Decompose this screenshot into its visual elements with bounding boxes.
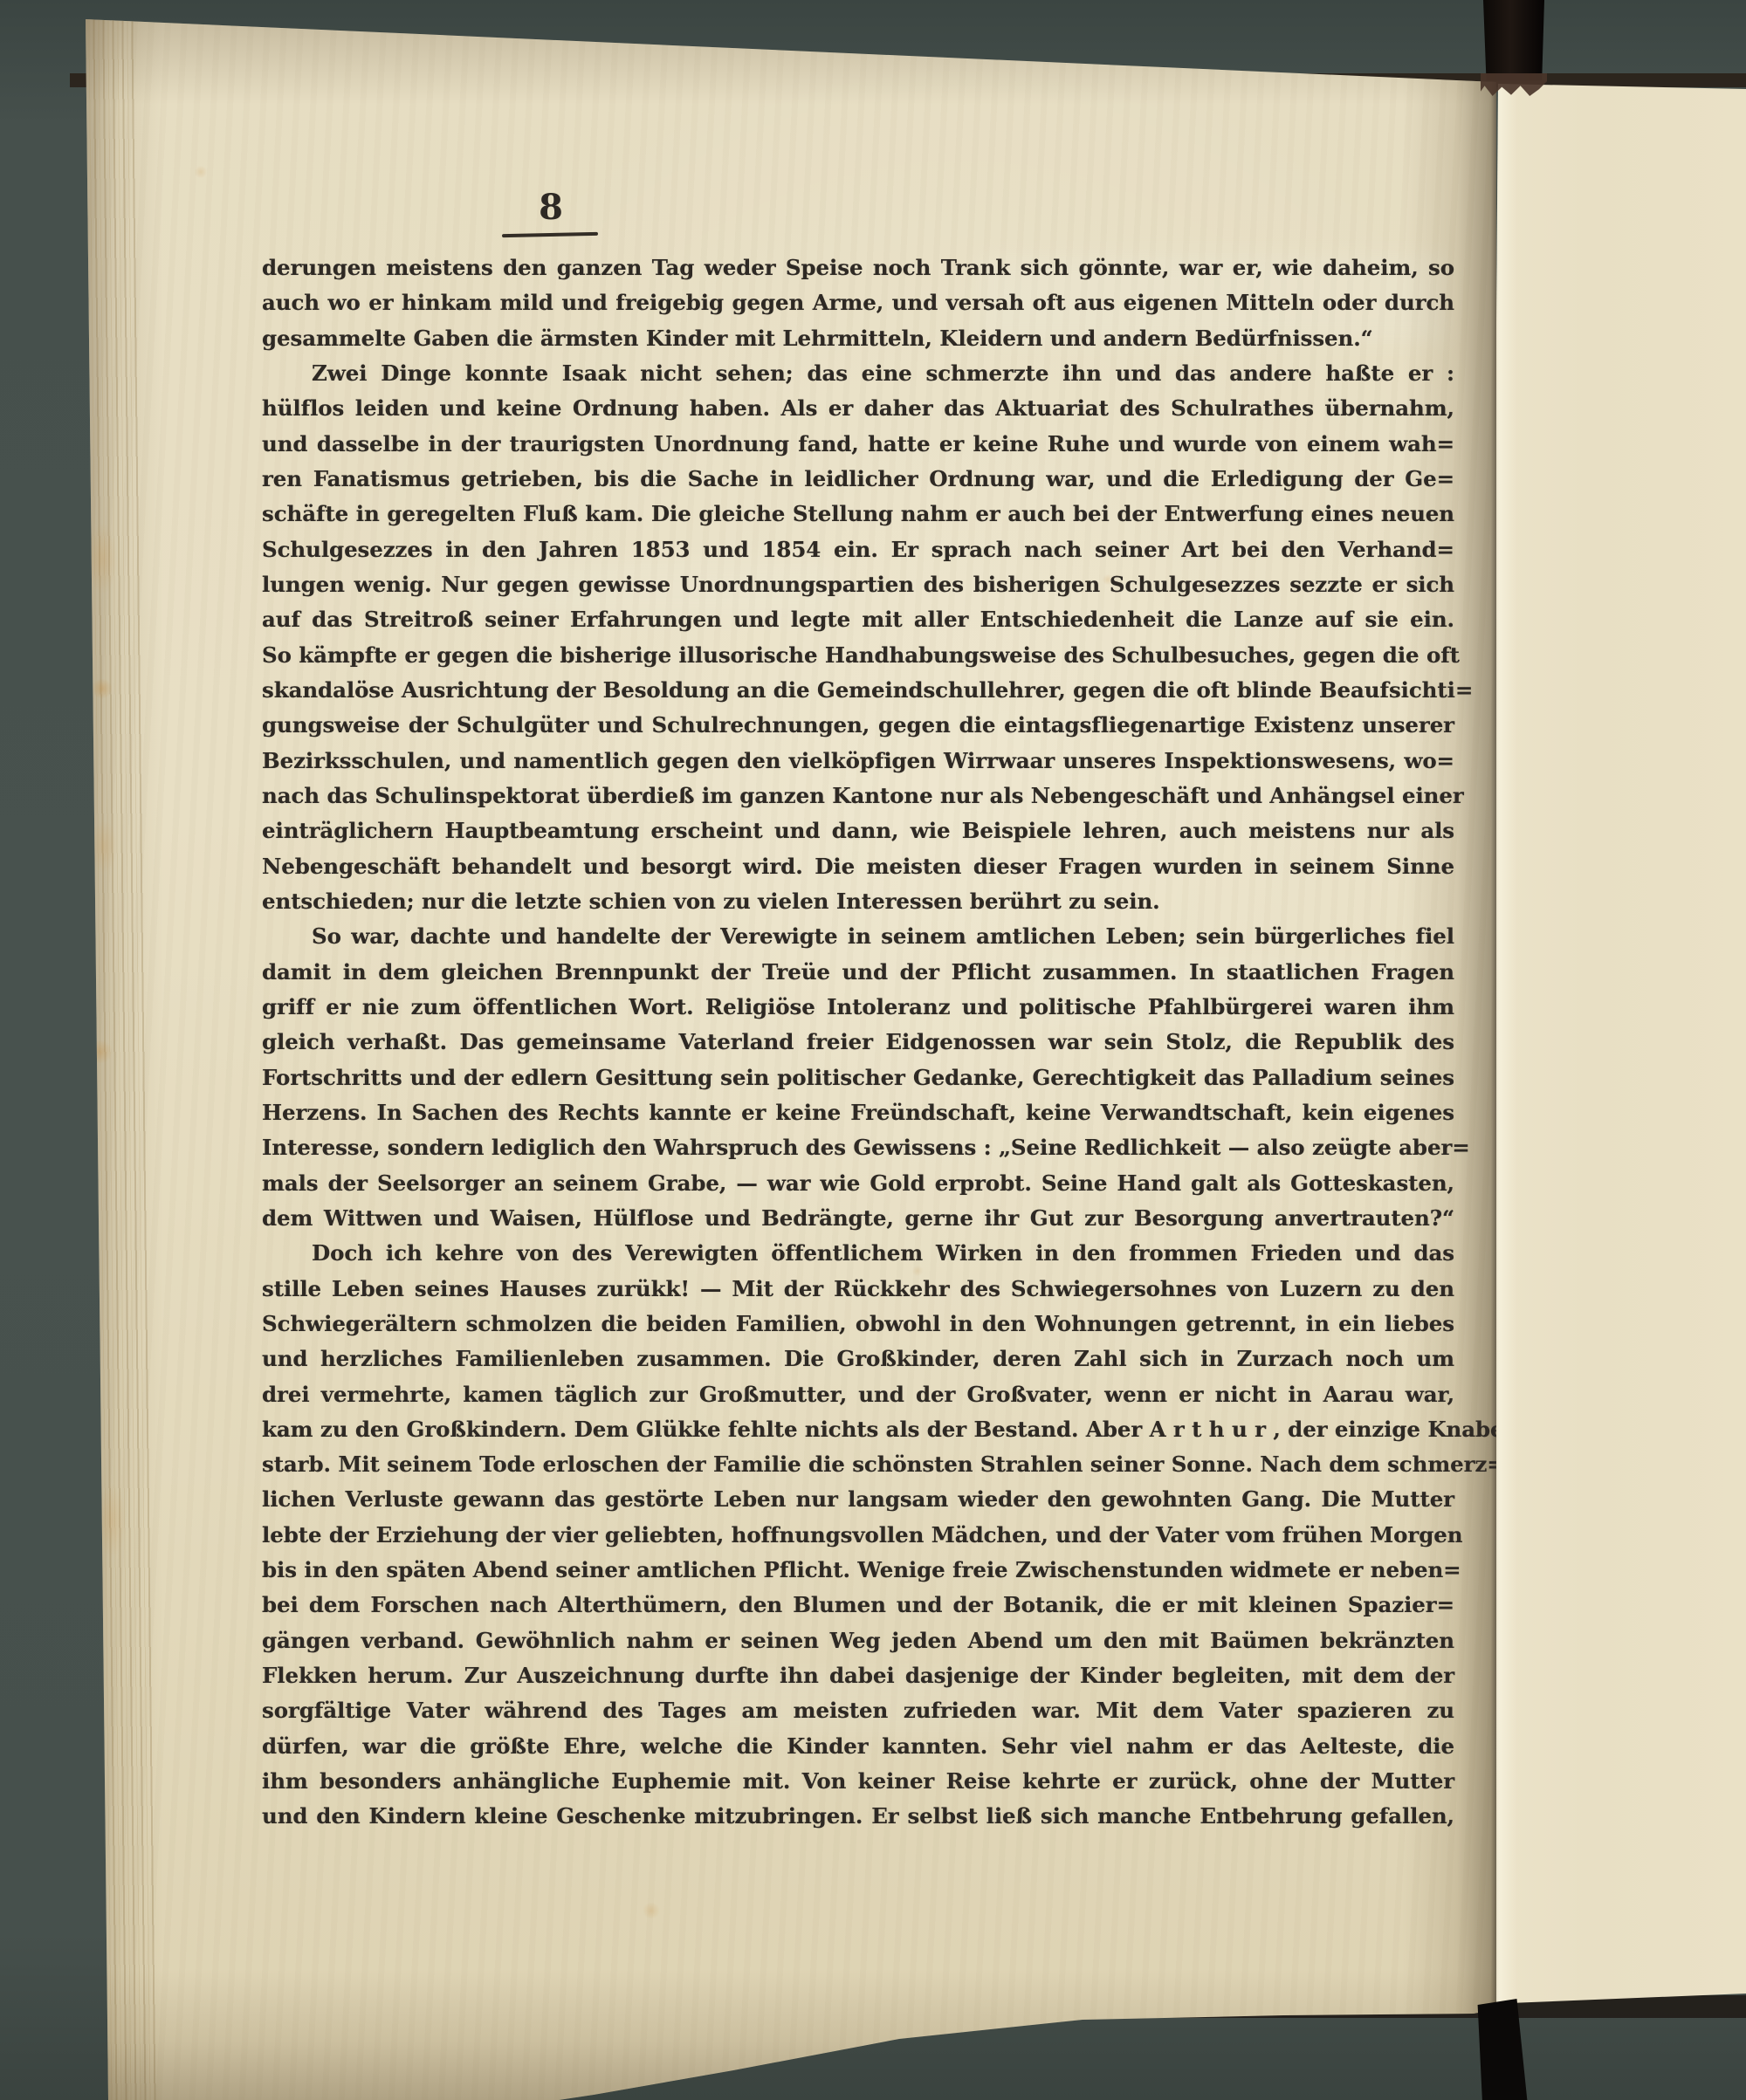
text-line: Fortschritts und der edlern Gesittung se… [262,1060,1454,1095]
text-line: griff er nie zum öffentlichen Wort. Reli… [262,990,1454,1025]
text-line: dem Wittwen und Waisen, Hülflose und Bed… [262,1201,1454,1236]
text-line: Interesse, sondern lediglich den Wahrspr… [262,1130,1454,1165]
text-line: und dasselbe in der traurigsten Unordnun… [262,427,1454,462]
text-line: dürfen, war die größte Ehre, welche die … [262,1729,1454,1764]
text-line: drei vermehrte, kamen täglich zur Großmu… [262,1377,1454,1412]
text-line: skandalöse Ausrichtung der Besoldung an … [262,673,1454,708]
text-line: mals der Seelsorger an seinem Grabe, — w… [262,1166,1454,1201]
text-line: ren Fanatismus getrieben, bis die Sache … [262,462,1454,497]
text-line: hülflos leiden und keine Ordnung haben. … [262,391,1454,426]
page-number-rule [502,232,598,237]
text-line: Zwei Dinge konnte Isaak nicht sehen; das… [262,356,1454,391]
paper-stain [98,1484,126,1557]
text-line: einträglichern Hauptbeamtung erscheint u… [262,813,1454,848]
text-line: bis in den späten Abend seiner amtlichen… [262,1553,1454,1588]
text-line: kam zu den Großkindern. Dem Glükke fehlt… [262,1412,1454,1447]
text-line: gleich verhaßt. Das gemeinsame Vaterland… [262,1025,1454,1060]
bookmark-ribbon-top [1483,0,1544,80]
text-line: nach das Schulinspektorat überdieß im ga… [262,779,1454,813]
text-line: lichen Verluste gewann das gestörte Lebe… [262,1482,1454,1517]
text-line: Doch ich kehre von des Verewigten öffent… [262,1236,1454,1271]
adjacent-page-edge [1484,82,1746,2011]
text-line: Schulgesezzes in den Jahren 1853 und 185… [262,532,1454,567]
text-line: derungen meistens den ganzen Tag weder S… [262,250,1454,285]
paper-stain [87,524,117,594]
text-line: und den Kindern kleine Geschenke mitzubr… [262,1799,1454,1834]
text-line: entschieden; nur die letzte schien von z… [262,884,1454,919]
text-line: schäfte in geregelten Fluß kam. Die glei… [262,497,1454,532]
text-line: Nebengeschäft behandelt und besorgt wird… [262,849,1454,884]
text-line: sorgfältige Vater während des Tages am m… [262,1693,1454,1728]
body-text: derungen meistens den ganzen Tag weder S… [262,250,1454,1835]
text-line: So war, dachte und handelte der Verewigt… [262,919,1454,954]
text-line: Bezirksschulen, und namentlich gegen den… [262,744,1454,779]
text-line: lungen wenig. Nur gegen gewisse Unordnun… [262,567,1454,602]
text-line: So kämpfte er gegen die bisherige illuso… [262,638,1454,673]
text-line: Flekken herum. Zur Auszeichnung durfte i… [262,1658,1454,1693]
text-line: Schwiegerältern schmolzen die beiden Fam… [262,1307,1454,1342]
text-line: auf das Streitroß seiner Erfahrungen und… [262,602,1454,637]
text-line: damit in dem gleichen Brennpunkt der Tre… [262,955,1454,990]
paper-stain [194,166,208,178]
scan-background: 8 derungen meistens den ganzen Tag weder… [0,0,1746,2100]
paper-stain [91,679,113,698]
text-line: gungsweise der Schulgüter und Schulrechn… [262,708,1454,743]
text-line: ihm besonders anhängliche Euphemie mit. … [262,1764,1454,1799]
text-line: auch wo er hinkam mild und freigebig geg… [262,285,1454,320]
text-line: bei dem Forschen nach Alterthümern, den … [262,1588,1454,1623]
paper-stain [642,1903,661,1918]
text-line: gängen verband. Gewöhnlich nahm er seine… [262,1623,1454,1658]
paper-stain [91,820,117,873]
page-number: 8 [494,189,608,227]
text-line: starb. Mit seinem Tode erloschen der Fam… [262,1447,1454,1482]
text-line: lebte der Erziehung der vier geliebten, … [262,1518,1454,1553]
text-line: und herzliches Familienleben zusammen. D… [262,1342,1454,1376]
text-line: gesammelte Gaben die ärmsten Kinder mit … [262,321,1454,356]
text-line: Herzens. In Sachen des Rechts kannte er … [262,1095,1454,1130]
text-line: stille Leben seines Hauses zurükk! — Mit… [262,1272,1454,1307]
book-page: 8 derungen meistens den ganzen Tag weder… [0,0,1746,2100]
paper-stain [87,1040,113,1063]
